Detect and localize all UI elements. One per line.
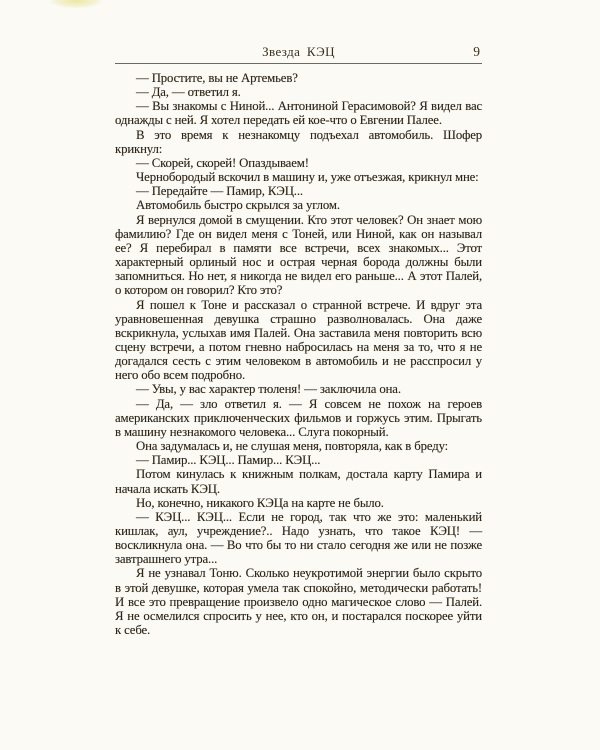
text-body: — Простите, вы не Артемьев? — Да, — отве…: [115, 64, 482, 637]
page-header: Звезда КЭЦ 9: [115, 40, 482, 64]
paragraph: — КЭЦ... КЭЦ... Если не город, так что ж…: [115, 510, 482, 567]
paragraph: Я пошел к Тоне и рассказал о странной вс…: [115, 298, 482, 383]
scan-smudge: [50, 0, 102, 8]
book-page: Звезда КЭЦ 9 — Простите, вы не Артемьев?…: [0, 0, 600, 750]
paragraph: Потом кинулась к книжным полкам, достала…: [115, 467, 482, 495]
page-number: 9: [473, 44, 480, 60]
paragraph: — Памир... КЭЦ... Памир... КЭЦ...: [115, 453, 482, 467]
paragraph: Чернобородый вскочил в машину и, уже отъ…: [115, 170, 482, 184]
paragraph: — Да, — ответил я.: [115, 85, 482, 99]
paragraph: Автомобиль быстро скрылся за углом.: [115, 198, 482, 212]
paragraph: В это время к незнакомцу подъехал автомо…: [115, 128, 482, 156]
paragraph: — Да, — зло ответил я. — Я совсем не пох…: [115, 397, 482, 439]
paragraph: Но, конечно, никакого КЭЦа на карте не б…: [115, 496, 482, 510]
page-content: Звезда КЭЦ 9 — Простите, вы не Артемьев?…: [115, 40, 482, 637]
paragraph: — Увы, у вас характер тюленя! — заключил…: [115, 382, 482, 396]
paragraph: Я не узнавал Тоню. Сколько неукротимой э…: [115, 566, 482, 637]
paragraph: Я вернулся домой в смущении. Кто этот че…: [115, 213, 482, 298]
paragraph: — Передайте — Памир, КЭЦ...: [115, 184, 482, 198]
page-title: Звезда КЭЦ: [115, 44, 482, 60]
paragraph: Она задумалась и, не слушая меня, повтор…: [115, 439, 482, 453]
paragraph: — Скорей, скорей! Опаздываем!: [115, 156, 482, 170]
paragraph: — Вы знакомы с Ниной... Антониной Гераси…: [115, 99, 482, 127]
paragraph: — Простите, вы не Артемьев?: [115, 71, 482, 85]
